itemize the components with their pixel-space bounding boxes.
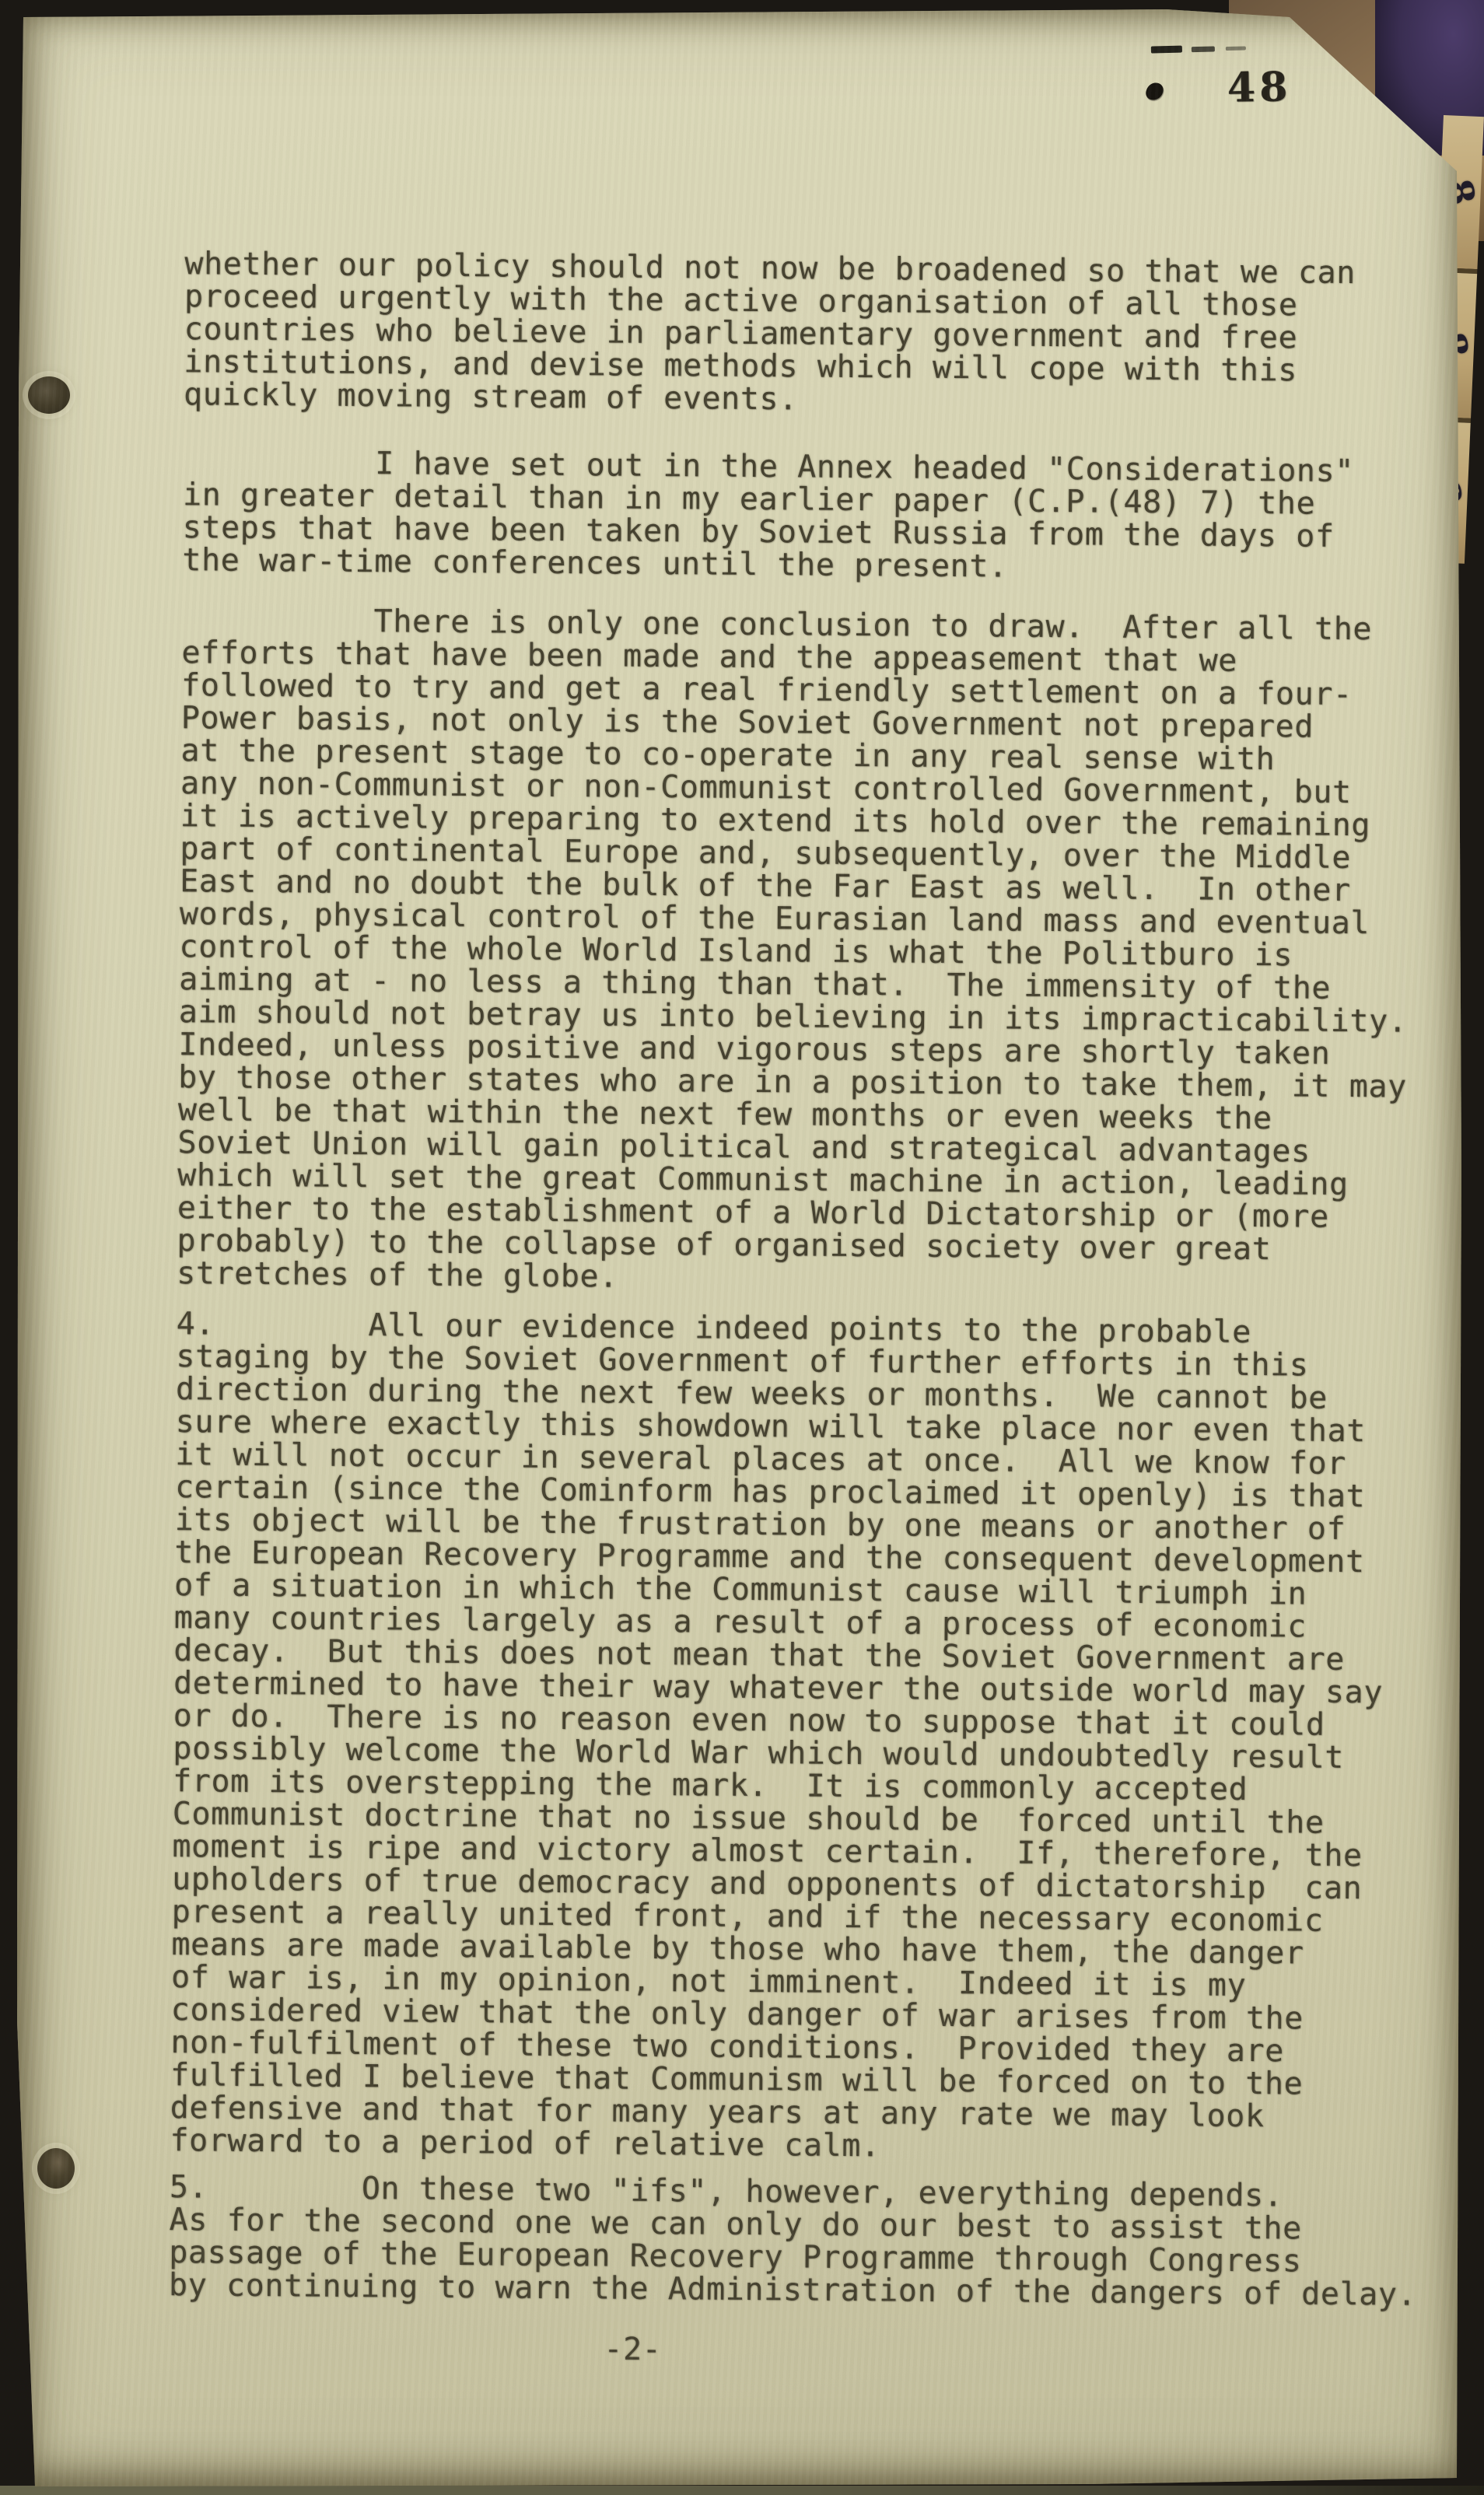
paragraph-5: 5. On these two "ifs", however, everythi… — [169, 2171, 1418, 2311]
paragraph: There is only one conclusion to draw. Af… — [177, 604, 1411, 1299]
punch-hole — [37, 2148, 75, 2189]
document-page: 48 whether our policy should not now be … — [17, 6, 1465, 2487]
typewritten-text: whether our policy should not now be bro… — [0, 6, 1465, 2495]
underlying-page-bottom-edge — [0, 2486, 1484, 2495]
paragraph: I have set out in the Annex headed "Cons… — [182, 446, 1354, 586]
punch-hole — [28, 376, 70, 414]
page-footer-number: -2- — [604, 2333, 661, 2367]
paragraph: whether our policy should not now be bro… — [184, 247, 1356, 420]
paragraph-4: 4. All our evidence indeed points to the… — [170, 1307, 1385, 2166]
